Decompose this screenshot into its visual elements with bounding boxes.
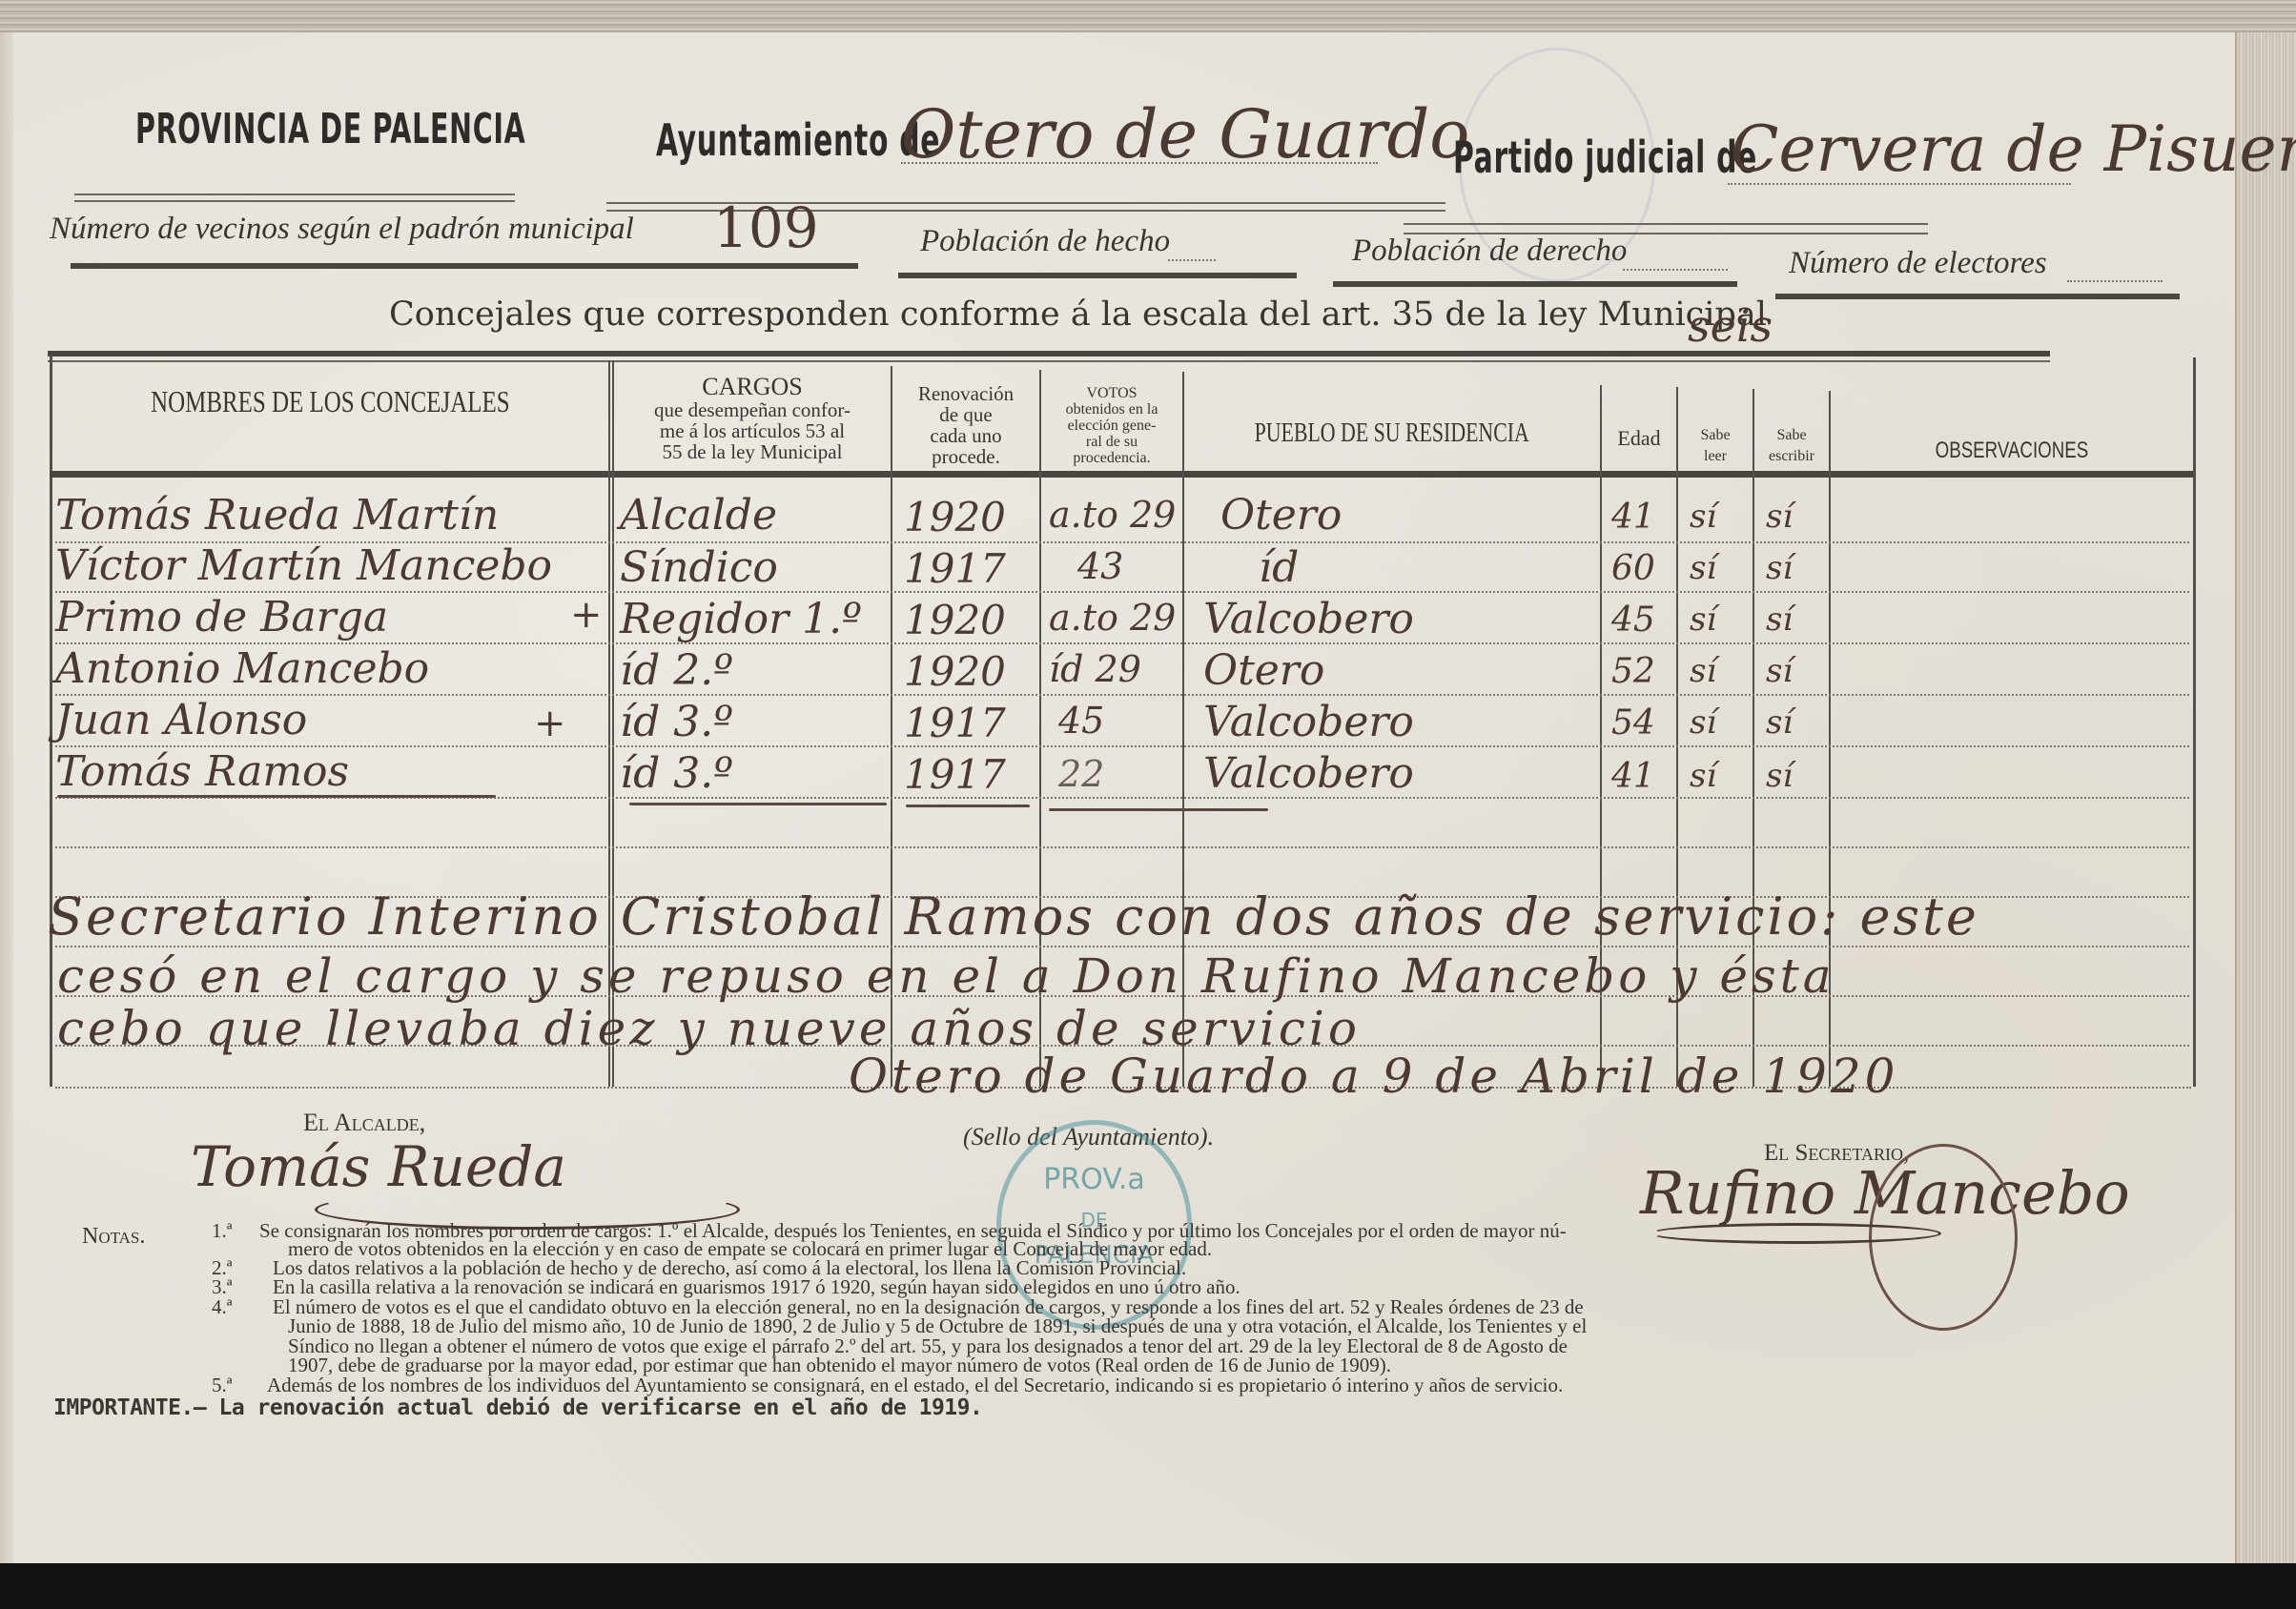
ayuntamiento-dotted-line [901, 162, 1378, 164]
divider [1404, 223, 1928, 225]
divider [74, 193, 515, 195]
cell-sabe-escribir: sí [1766, 498, 1793, 536]
book-gutter [0, 32, 13, 1563]
col-header-cargos: CARGOS que desempeñan confor- me á los a… [614, 374, 891, 462]
cell-sabe-leer: sí [1690, 703, 1716, 742]
cell-nombre: Primo de Barga [55, 593, 388, 642]
cell-votos: a.to 29 [1049, 597, 1176, 639]
partido-dotted-line [1728, 183, 2071, 185]
alcalde-label: El Alcalde, [303, 1109, 425, 1137]
poblacion-derecho-label: Población de derecho [1352, 234, 1627, 269]
cell-cargo: íd 3.º [620, 698, 733, 746]
col-header-edad: Edad [1602, 427, 1676, 449]
escribir-line: Sabe [1754, 425, 1829, 446]
cell-pueblo: Otero [1220, 491, 1342, 540]
cell-sabe-leer: sí [1690, 652, 1716, 690]
cell-renovacion: 1917 [904, 545, 1006, 592]
cell-sabe-leer: sí [1690, 549, 1716, 587]
cell-marca: + [570, 593, 603, 637]
secretary-note-line: Secretario Interino Cristobal Ramos con … [48, 886, 1979, 947]
cell-sabe-escribir: sí [1766, 757, 1793, 795]
cell-renovacion: 1917 [904, 700, 1006, 746]
divider [71, 263, 858, 269]
cell-pueblo: Otero [1203, 646, 1324, 695]
cell-votos: a.to 29 [1049, 494, 1176, 536]
cell-marca: + [534, 702, 566, 745]
cell-votos: 43 [1077, 545, 1123, 587]
note-text: Junio de 1888, 18 de Julio del mismo año… [288, 1317, 1587, 1335]
cell-sabe-escribir: sí [1766, 601, 1793, 639]
table-top-border [48, 351, 2050, 356]
partido-value: Cervera de Pisuerga [1731, 112, 2296, 186]
cargos-sub: me á los artículos 53 al [614, 420, 891, 441]
secretary-note-line: cesó en el cargo y se repuso en el a Don… [57, 948, 1835, 1004]
note-text: 1907, debe de graduarse por la mayor eda… [288, 1356, 1391, 1375]
concejales-label: Concejales que corresponden conforme á l… [389, 295, 1767, 334]
cell-pueblo: Valcobero [1203, 698, 1414, 746]
cell-cargo: íd 3.º [620, 749, 733, 798]
cell-edad: 60 [1611, 549, 1655, 588]
col-header-sabe-leer: Sabe leer [1678, 425, 1753, 467]
table-left-border [50, 355, 52, 1087]
renov-line: cada uno [892, 425, 1039, 446]
votos-line: VOTOS [1041, 385, 1182, 401]
note-text: Además de los nombres de los individuos … [267, 1376, 1563, 1395]
book-page-edges-right [2235, 32, 2296, 1563]
votos-line: ral de su [1041, 434, 1182, 450]
cell-cargo: Regidor 1.º [620, 595, 862, 643]
note-number: 4.ª [212, 1298, 233, 1316]
cell-edad: 52 [1611, 652, 1655, 691]
cargos-sub: que desempeñan confor- [614, 399, 891, 420]
place-date: Otero de Guardo a 9 de Abril de 1920 [849, 1049, 1898, 1104]
cell-sabe-leer: sí [1690, 601, 1716, 639]
cell-edad: 41 [1611, 498, 1655, 537]
cell-sabe-escribir: sí [1766, 652, 1793, 690]
col-header-renovacion: Renovación de que cada uno procede. [892, 383, 1039, 467]
cell-sabe-escribir: sí [1766, 549, 1793, 587]
note-text: En la casilla relativa a la renovación s… [273, 1278, 1240, 1296]
stamp-line: PROV.a [1001, 1163, 1187, 1196]
col-header-votos: VOTOS obtenidos en la elección gene- ral… [1041, 385, 1182, 466]
cell-renovacion: 1920 [904, 648, 1006, 695]
closing-stroke [1049, 808, 1268, 811]
leer-line: Sabe [1678, 425, 1753, 446]
renov-line: procede. [892, 446, 1039, 467]
poblacion-hecho-label: Población de hecho [920, 224, 1170, 259]
divider [1333, 281, 1737, 287]
cell-pueblo: íd [1259, 543, 1299, 592]
leer-line: leer [1678, 446, 1753, 467]
cell-nombre: Juan Alonso [55, 696, 307, 744]
col-header-sabe-escribir: Sabe escribir [1754, 425, 1829, 467]
row-line [55, 846, 2189, 848]
cell-cargo: Síndico [620, 543, 778, 592]
note-number: 1.ª [212, 1222, 233, 1240]
votos-line: obtenidos en la [1041, 401, 1182, 418]
cell-pueblo: Valcobero [1203, 749, 1414, 798]
document-page: PROVINCIA DE PALENCIA Ayuntamiento de Ot… [0, 0, 2296, 1563]
province-title: PROVINCIA DE PALENCIA [135, 105, 678, 153]
cell-sabe-escribir: sí [1766, 703, 1793, 742]
cargos-sub: 55 de la ley Municipal [614, 441, 891, 462]
poblacion-hecho-field[interactable] [1168, 259, 1216, 261]
cell-edad: 54 [1611, 703, 1655, 743]
cell-nombre: Tomás Ramos [55, 747, 349, 796]
cell-votos: 45 [1058, 700, 1104, 742]
table-header-bottom [50, 471, 2193, 478]
electores-field[interactable] [2067, 280, 2163, 282]
note-number: 5.ª [212, 1376, 233, 1395]
closing-stroke [57, 795, 496, 798]
votos-line: elección gene- [1041, 418, 1182, 434]
renov-line: Renovación [892, 383, 1039, 404]
cell-nombre: Tomás Rueda Martín [55, 491, 499, 540]
vecinos-value: 109 [713, 195, 819, 260]
cell-edad: 45 [1611, 601, 1655, 640]
cell-renovacion: 1920 [904, 494, 1006, 540]
vecinos-label: Número de vecinos según el padrón munici… [50, 212, 634, 247]
cell-pueblo: Valcobero [1203, 595, 1414, 643]
divider [74, 200, 515, 202]
renov-line: de que [892, 404, 1039, 425]
escribir-line: escribir [1754, 446, 1829, 467]
cell-votos: 22 [1058, 753, 1104, 795]
electores-label: Número de electores [1789, 246, 2047, 281]
table-right-border [2193, 357, 2196, 1087]
concejales-value: seis [1688, 300, 1773, 352]
cell-renovacion: 1920 [904, 597, 1006, 643]
cell-nombre: Antonio Mancebo [55, 644, 429, 693]
row-line [55, 694, 2189, 696]
closing-stroke [629, 803, 887, 805]
cell-renovacion: 1917 [904, 751, 1006, 798]
cargos-title: CARGOS [614, 374, 891, 399]
table-top-border-inner [48, 360, 2050, 362]
cell-votos: íd 29 [1049, 648, 1141, 690]
row-line [55, 745, 2189, 747]
closing-stroke [906, 804, 1030, 807]
cell-nombre: Víctor Martín Mancebo [55, 541, 552, 590]
notes-label: Notas. [82, 1224, 145, 1250]
cell-sabe-leer: sí [1690, 498, 1716, 536]
cell-cargo: Alcalde [620, 491, 777, 540]
important-notice: IMPORTANTE.– La renovación actual debió … [53, 1395, 982, 1420]
secretario-flourish [1650, 1223, 1941, 1244]
cell-sabe-leer: sí [1690, 757, 1716, 795]
col-header-pueblo: PUEBLO DE SU RESIDENCIA [1184, 419, 1600, 447]
cell-edad: 41 [1611, 757, 1655, 796]
poblacion-derecho-field[interactable] [1623, 269, 1728, 271]
background-shadow [0, 1563, 2296, 1609]
col-header-nombres: NOMBRES DE LOS CONCEJALES [52, 386, 608, 418]
divider [898, 273, 1297, 278]
col-header-observaciones: OBSERVACIONES [1831, 438, 2193, 462]
divider [1775, 294, 2180, 299]
book-page-edges-top [0, 0, 2296, 32]
votos-line: procedencia. [1041, 450, 1182, 466]
cell-cargo: íd 2.º [620, 646, 733, 695]
note-number: 3.ª [212, 1278, 233, 1296]
